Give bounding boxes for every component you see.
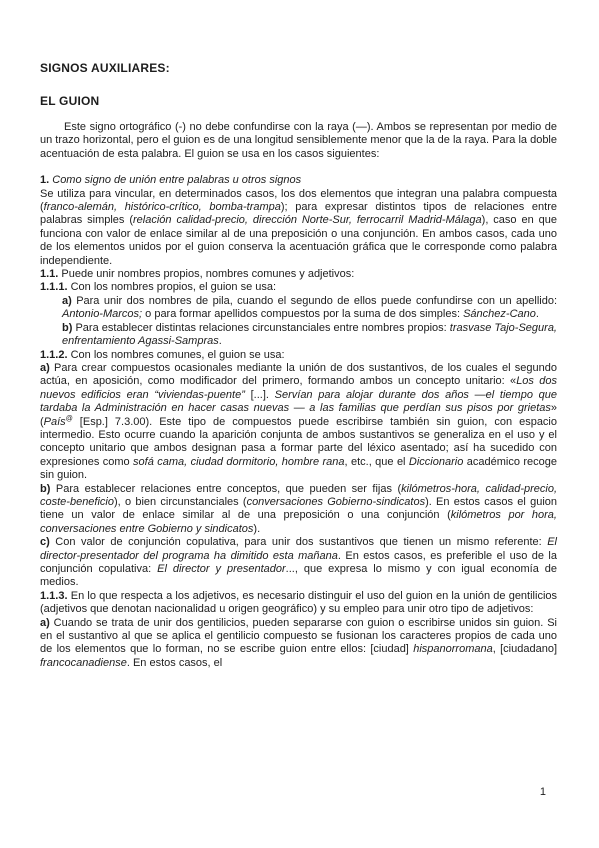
para-1-1-3-a: a) Cuando se trata de unir dos gentilici… — [40, 617, 557, 671]
text-run: En lo que respecta a los adjetivos, es n… — [40, 590, 557, 615]
text-run: 1.1.2. — [40, 349, 68, 361]
text-run: Este signo ortográfico (-) no debe confu… — [40, 121, 557, 160]
text-run: Sánchez-Cano — [463, 308, 536, 320]
text-run: SIGNOS AUXILIARES: — [40, 61, 170, 75]
para-1-1-1: 1.1.1. Con los nombres propios, el guion… — [40, 281, 557, 294]
text-run: a) — [40, 617, 50, 629]
text-run: El director y presentador — [157, 563, 286, 575]
para-intro: Este signo ortográfico (-) no debe confu… — [40, 121, 557, 161]
heading-section-1: 1. Como signo de unión entre palabras u … — [40, 174, 557, 187]
para-section-1: Se utiliza para vincular, en determinado… — [40, 188, 557, 268]
text-run: @ — [66, 415, 73, 422]
para-1-1-2-a: a) Para crear compuestos ocasionales med… — [40, 362, 557, 483]
text-run: Puede unir nombres propios, nombres comu… — [58, 268, 354, 280]
page-number: 1 — [540, 786, 546, 799]
text-run: sofá cama, ciudad dormitorio, hombre ran… — [133, 456, 344, 468]
text-run: Con valor de conjunción copulativa, para… — [50, 536, 547, 548]
text-run: . — [219, 335, 222, 347]
para-1-1-2-c: c) Con valor de conjunción copulativa, p… — [40, 536, 557, 590]
text-run: . — [536, 308, 539, 320]
text-run: b) — [40, 483, 50, 495]
text-run: conversaciones Gobierno-sindicatos — [247, 496, 426, 508]
text-run: 1.1.1. — [40, 281, 68, 293]
text-run: Como signo de unión entre palabras u otr… — [49, 174, 301, 186]
text-run: Diccionario — [409, 456, 463, 468]
text-run: Con los nombres comunes, el guion se usa… — [68, 349, 285, 361]
text-run: Para crear compuestos ocasionales median… — [40, 362, 557, 387]
text-run: Para unir dos nombres de pila, cuando el… — [72, 295, 557, 307]
text-run: País — [44, 416, 66, 428]
text-run: c) — [40, 536, 50, 548]
text-run: francocanadiense — [40, 657, 127, 669]
text-run: a) — [62, 295, 72, 307]
text-run: Para establecer distintas relaciones cir… — [72, 322, 449, 334]
para-1-1-2: 1.1.2. Con los nombres comunes, el guion… — [40, 349, 557, 362]
para-1-1: 1.1. Puede unir nombres propios, nombres… — [40, 268, 557, 281]
text-run: ). — [253, 523, 260, 535]
text-run: Antonio-Marcos; — [62, 308, 142, 320]
text-run: , etc., que el — [345, 456, 409, 468]
text-run: . En estos casos, el — [127, 657, 222, 669]
text-run: o para formar apellidos compuestos por l… — [142, 308, 463, 320]
text-run: Para establecer relaciones entre concept… — [50, 483, 401, 495]
para-1-1-1-b: b) Para establecer distintas relaciones … — [62, 322, 557, 349]
para-1-1-3: 1.1.3. En lo que respecta a los adjetivo… — [40, 590, 557, 617]
text-run: Con los nombres propios, el guion se usa… — [68, 281, 277, 293]
text-run: 1.1. — [40, 268, 58, 280]
document-body: SIGNOS AUXILIARES:EL GUIONEste signo ort… — [40, 61, 557, 670]
text-run: ), o bien circunstanciales ( — [114, 496, 247, 508]
text-run: 1.1.3. — [40, 590, 68, 602]
text-run: hispanorromana — [413, 643, 493, 655]
text-run: a) — [40, 362, 50, 374]
text-run: 1. — [40, 174, 49, 186]
heading-el-guion: EL GUION — [40, 94, 557, 108]
document-page: SIGNOS AUXILIARES:EL GUIONEste signo ort… — [0, 0, 599, 848]
para-1-1-1-a: a) Para unir dos nombres de pila, cuando… — [62, 295, 557, 322]
text-run: franco-alemán, histórico-crítico, bomba-… — [44, 201, 281, 213]
para-1-1-2-b: b) Para establecer relaciones entre conc… — [40, 483, 557, 537]
text-run: [...]. — [245, 389, 275, 401]
heading-signos-auxiliares: SIGNOS AUXILIARES: — [40, 61, 557, 75]
text-run: , [ciudadano] — [493, 643, 557, 655]
text-run: relación calidad-precio, dirección Norte… — [133, 214, 482, 226]
text-run: b) — [62, 322, 72, 334]
text-run: EL GUION — [40, 94, 99, 108]
